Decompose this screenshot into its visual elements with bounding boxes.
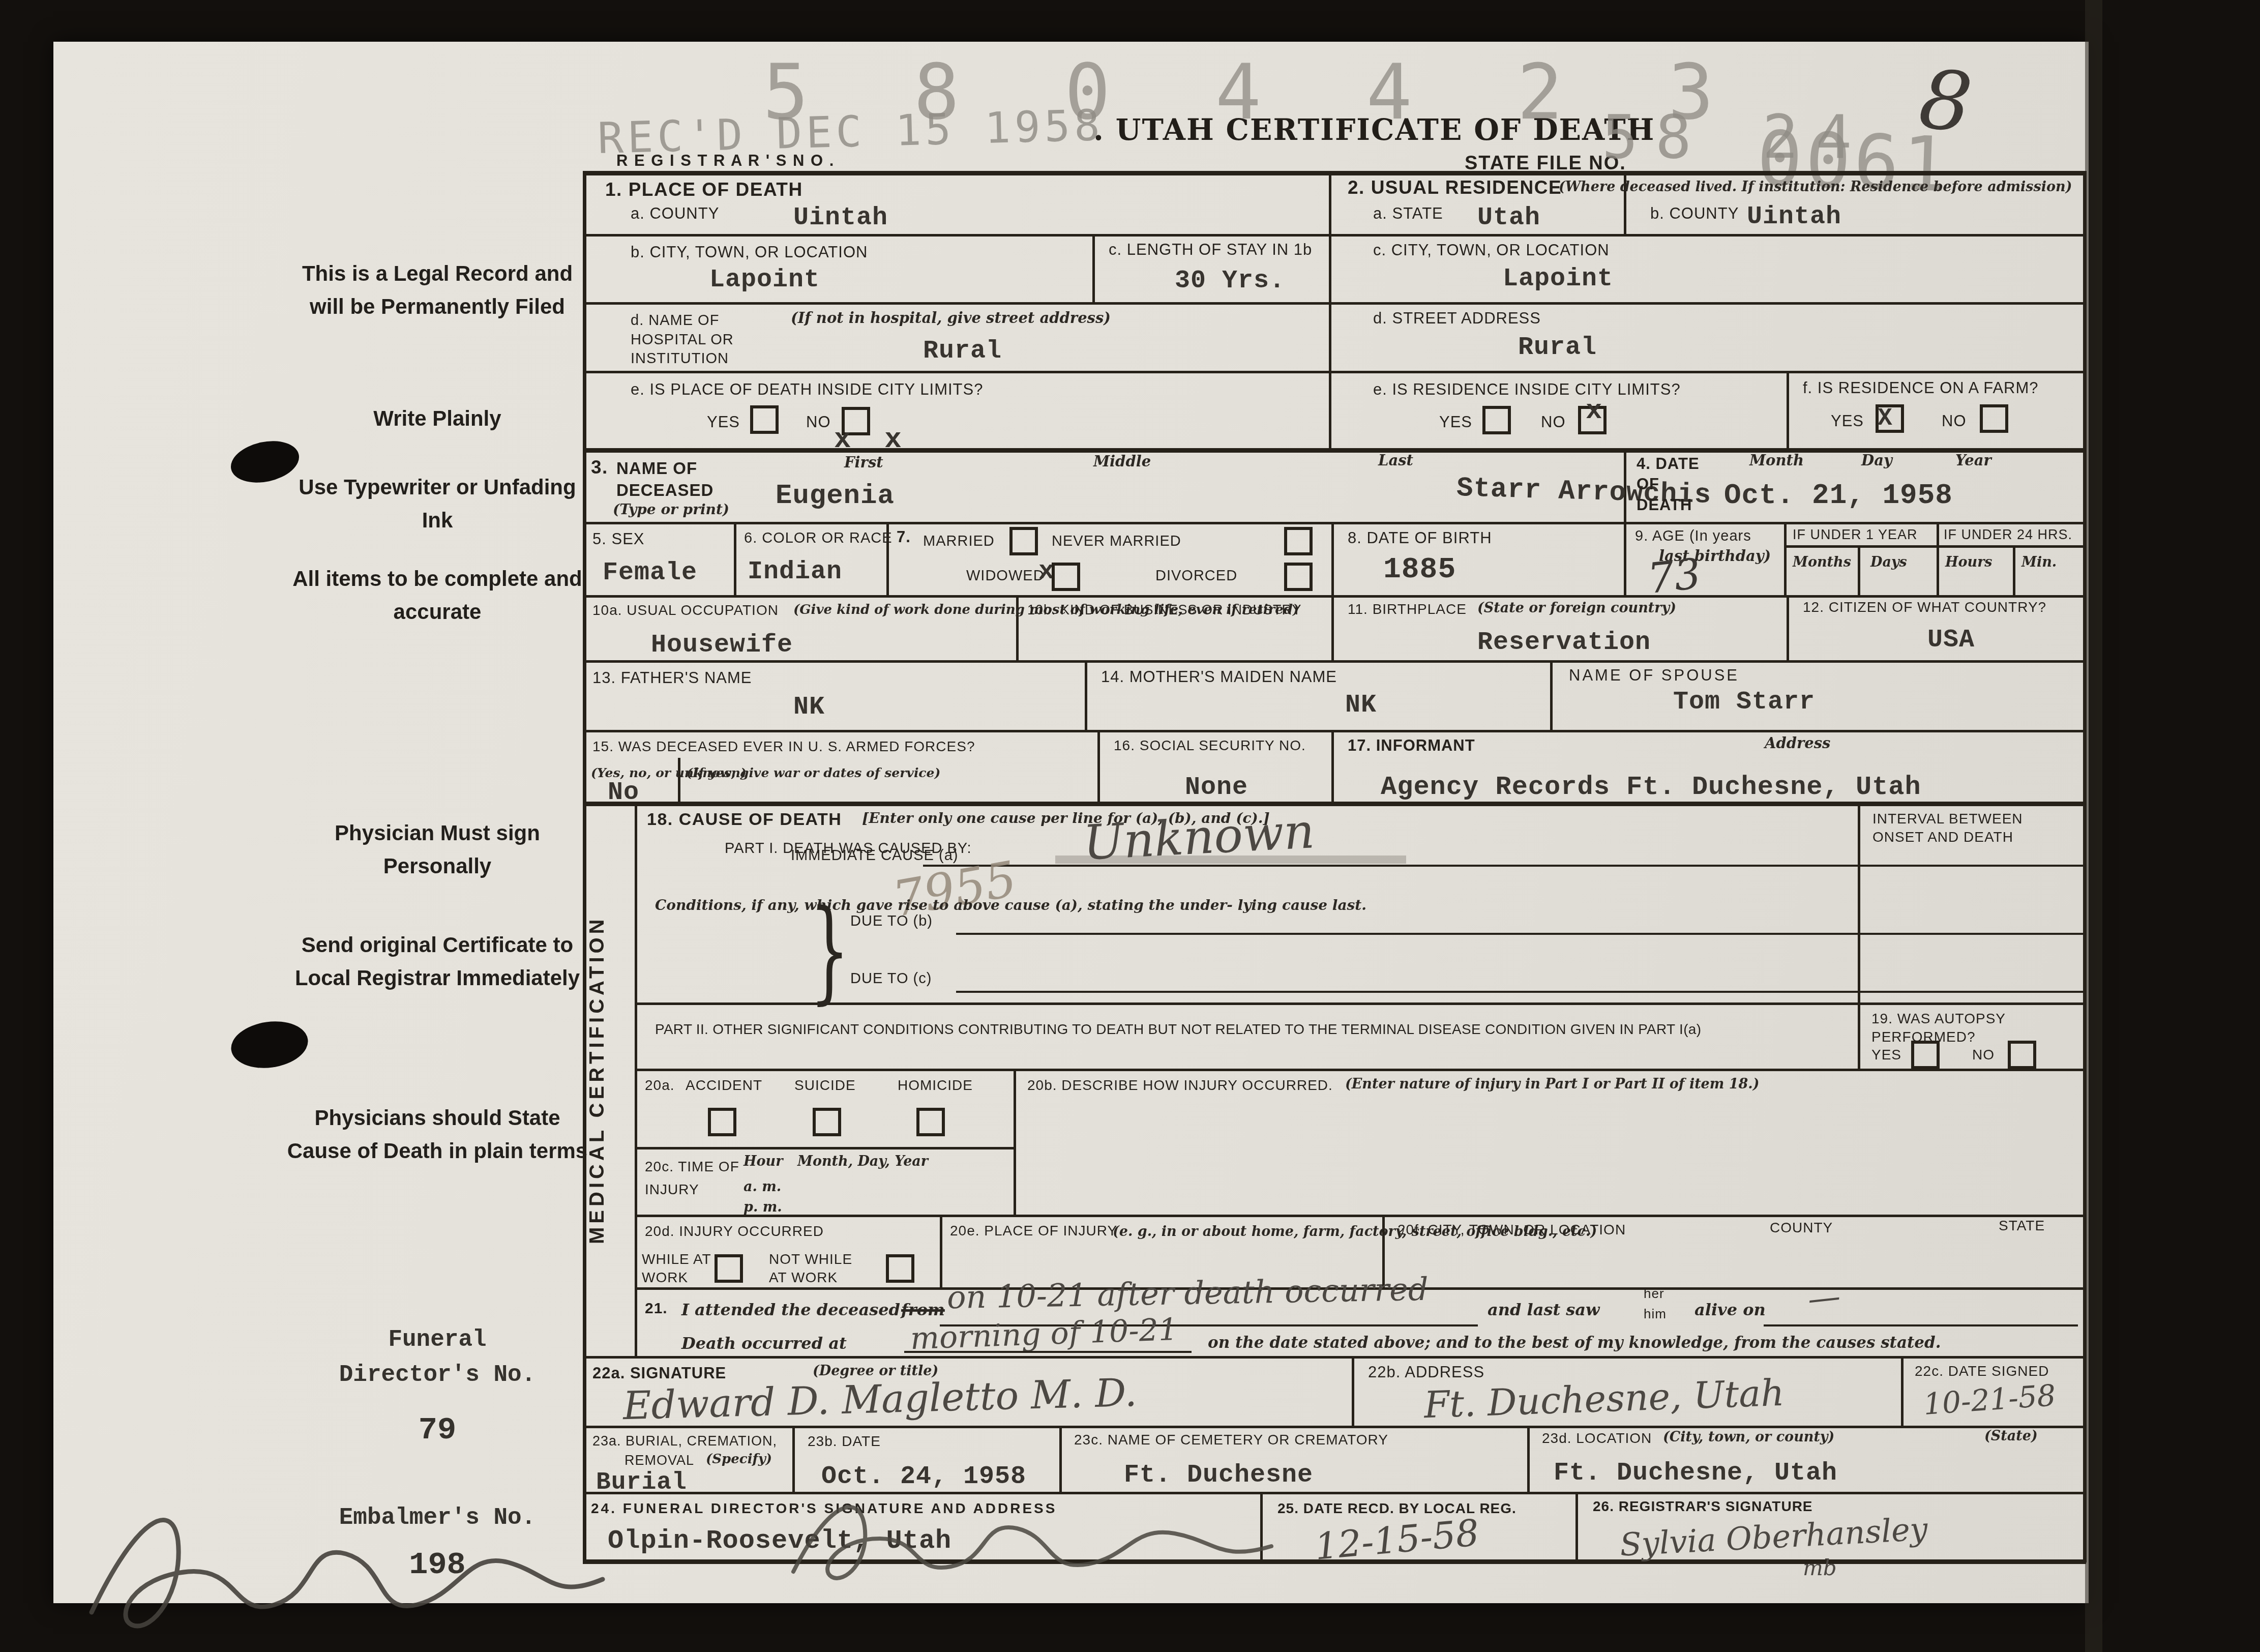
burial-location-value: Ft. Duchesne, Utah <box>1554 1459 1837 1488</box>
spouse-label: NAME OF SPOUSE <box>1569 666 1739 685</box>
margin-note-typewriter: Use Typewriter or Unfading Ink <box>285 470 590 537</box>
age-label: 9. AGE (In years <box>1635 528 1751 545</box>
burial-label-2: REMOVAL <box>625 1453 694 1468</box>
place-city-limits-yes: YES <box>707 413 740 431</box>
residence-state-label: a. STATE <box>1373 204 1443 223</box>
informant-address-label: Address <box>1765 734 1830 752</box>
injury-pm-label: p. m. <box>744 1199 782 1215</box>
attend-hand-dash: — <box>1806 1278 1842 1318</box>
injury-state-label: STATE <box>1999 1218 2045 1234</box>
marital-divorced-checkbox <box>1284 563 1313 591</box>
citizen-value: USA <box>1927 626 1975 655</box>
attend-her-label: her <box>1644 1286 1664 1302</box>
residence-farm-yes: YES <box>1831 412 1864 430</box>
informant-value: Agency Records Ft. Duchesne, Utah <box>1381 772 1921 802</box>
marital-married-label: MARRIED <box>923 533 995 550</box>
not-while-at-work-checkbox <box>886 1254 914 1283</box>
place-county-label: a. COUNTY <box>631 204 719 223</box>
residence-farm-no: NO <box>1942 412 1967 430</box>
sex-label: 5. SEX <box>592 530 645 548</box>
interval-label: INTERVAL BETWEEN ONSET AND DEATH <box>1872 810 2023 847</box>
hospital-name-value: Rural <box>923 337 1002 366</box>
margin-note-send-original: Send original Certificate to Local Regis… <box>285 928 590 994</box>
residence-city-limits-label: e. IS RESIDENCE INSIDE CITY LIMITS? <box>1373 380 1681 399</box>
birthplace-label: 11. BIRTHPLACE <box>1348 601 1467 617</box>
date-of-death-label: 4. DATE OF DEATH <box>1637 454 1700 515</box>
residence-city-limits-yes-checkbox <box>1482 406 1511 434</box>
while-at-work-label: WHILE AT WORK <box>642 1250 711 1287</box>
age-min-label: Min. <box>2021 554 2057 570</box>
name-last-label: Last <box>1378 452 1413 469</box>
attend-text-1: I attended the deceased <box>681 1300 900 1319</box>
accident-checkbox <box>708 1108 736 1136</box>
date-received-label: 25. DATE RECD. BY LOCAL REG. <box>1277 1500 1516 1517</box>
attend-text-3: alive on <box>1694 1300 1766 1319</box>
residence-state-value: Utah <box>1477 203 1540 232</box>
marital-num: 7. <box>897 528 911 546</box>
date-of-death-day-label: Day <box>1861 452 1892 469</box>
accident-label: ACCIDENT <box>686 1077 762 1094</box>
attend-struck-from: from <box>901 1300 945 1319</box>
cemetery-value: Ft. Duchesne <box>1124 1461 1313 1490</box>
residence-county-label: b. COUNTY <box>1650 204 1739 223</box>
age-value: 73 <box>1645 550 1703 603</box>
name-of-deceased-num: 3. <box>591 457 608 478</box>
usual-residence-title: 2. USUAL RESIDENCE <box>1348 177 1562 198</box>
occupation-label: 10a. USUAL OCCUPATION <box>592 602 779 618</box>
armed-forces-label: 15. WAS DECEASED EVER IN U. S. ARMED FOR… <box>592 739 975 755</box>
residence-farm-mark: X <box>1878 405 1893 432</box>
date-signed-label: 22c. DATE SIGNED <box>1915 1363 2049 1379</box>
length-of-stay-value: 30 Yrs. <box>1175 267 1285 296</box>
occupation-value: Housewife <box>651 631 793 660</box>
date-of-death-month-label: Month <box>1749 452 1804 469</box>
mother-name-value: NK <box>1345 691 1377 720</box>
margin-funeral-director-signature <box>76 1495 610 1638</box>
certificate-title: . UTAH CERTIFICATE OF DEATH <box>1093 113 1655 147</box>
age-months-label: Months <box>1793 554 1851 570</box>
place-county-value: Uintah <box>793 203 888 232</box>
marital-never-label: NEVER MARRIED <box>1052 533 1181 550</box>
registrars-no-label: R E G I S T R A R ' S N O . <box>616 152 835 170</box>
father-name-label: 13. FATHER'S NAME <box>592 669 752 687</box>
injury-hour-label: Hour <box>744 1154 783 1169</box>
name-of-deceased-label: NAME OF DECEASED <box>616 458 713 501</box>
residence-city-limits-no: NO <box>1541 413 1566 431</box>
burial-location-note: (City, town, or county) <box>1663 1429 1834 1445</box>
cause-of-death-label: 18. CAUSE OF DEATH <box>647 810 842 830</box>
autopsy-yes: YES <box>1871 1047 1901 1063</box>
due-to-c-label: DUE TO (c) <box>850 970 932 987</box>
residence-city-value: Lapoint <box>1503 264 1613 293</box>
residence-farm-label: f. IS RESIDENCE ON A FARM? <box>1803 379 2039 397</box>
medical-certification-band: MEDICAL CERTIFICATION <box>586 805 635 1355</box>
burial-location-label: 23d. LOCATION <box>1542 1430 1652 1447</box>
place-of-death-title: 1. PLACE OF DEATH <box>605 179 803 200</box>
marital-widowed-checkbox <box>1052 563 1080 591</box>
injury-city-label: 20f. CITY, TOWN, OR LOCATION <box>1397 1222 1626 1238</box>
ssn-value: None <box>1185 773 1248 802</box>
injury-occurred-label: 20d. INJURY OCCURRED <box>645 1223 824 1240</box>
residence-city-limits-mark: x <box>1586 396 1602 427</box>
describe-injury-label: 20b. DESCRIBE HOW INJURY OCCURRED. <box>1027 1077 1333 1094</box>
funeral-directors-no-label: Funeral Director's No. <box>285 1322 590 1393</box>
sex-value: Female <box>603 558 697 587</box>
length-of-stay-label: c. LENGTH OF STAY IN 1b <box>1109 241 1312 259</box>
father-name-value: NK <box>793 693 825 722</box>
margin-note-write-plainly: Write Plainly <box>285 402 590 435</box>
time-of-injury-label: 20c. TIME OF INJURY <box>645 1156 739 1201</box>
place-city-label: b. CITY, TOWN, OR LOCATION <box>631 243 868 261</box>
name-first-label: First <box>844 454 883 471</box>
age-days-label: Days <box>1870 554 1907 570</box>
burial-value: Burial <box>596 1469 687 1496</box>
race-label: 6. COLOR OR RACE <box>744 530 893 547</box>
autopsy-no: NO <box>1972 1047 1995 1063</box>
attend-text-2: and last saw <box>1488 1300 1600 1319</box>
place-city-limits-label: e. IS PLACE OF DEATH INSIDE CITY LIMITS? <box>631 380 983 399</box>
residence-county-value: Uintah <box>1747 202 1841 231</box>
death-certificate-scan: REC'D DEC 15 1958 5 8 0 4 4 2 3 R E G I … <box>0 0 2260 1652</box>
spouse-value: Tom Starr <box>1673 688 1815 717</box>
funeral-directors-no-value: 79 <box>285 1406 590 1454</box>
homicide-checkbox <box>916 1108 945 1136</box>
suicide-checkbox <box>813 1108 841 1136</box>
physician-address-label: 22b. ADDRESS <box>1368 1363 1484 1381</box>
armed-forces-value: No <box>608 778 639 807</box>
margin-note-plain-terms: Physicians should State Cause of Death i… <box>285 1101 590 1167</box>
scan-edge-shadow <box>2085 0 2102 1652</box>
street-address-label: d. STREET ADDRESS <box>1373 309 1541 328</box>
race-value: Indian <box>748 557 842 586</box>
registrar-signature-label: 26. REGISTRAR'S SIGNATURE <box>1593 1498 1813 1515</box>
autopsy-no-checkbox <box>2008 1041 2036 1069</box>
cemetery-label: 23c. NAME OF CEMETERY OR CREMATORY <box>1074 1432 1388 1448</box>
margin-note-legal-record: This is a Legal Record and will be Perma… <box>285 257 590 323</box>
marital-divorced-label: DIVORCED <box>1155 568 1237 584</box>
autopsy-yes-checkbox <box>1911 1041 1940 1069</box>
hospital-name-note: (If not in hospital, give street address… <box>791 309 1111 327</box>
funeral-director-signature <box>783 1490 1282 1587</box>
part2-label: PART II. OTHER SIGNIFICANT CONDITIONS CO… <box>655 1021 1701 1038</box>
name-of-deceased-note: (Type or print) <box>613 501 729 518</box>
place-city-limits-marks: x x <box>834 423 910 456</box>
conditions-brace: } <box>810 886 850 1015</box>
residence-city-label: c. CITY, TOWN, OR LOCATION <box>1373 241 1610 259</box>
date-of-death-value: Oct. 21, 1958 <box>1724 479 1953 512</box>
suicide-label: SUICIDE <box>794 1077 856 1094</box>
hospital-name-label: d. NAME OF HOSPITAL OR INSTITUTION <box>631 311 734 369</box>
injury-am-label: a. m. <box>744 1179 781 1195</box>
marital-widowed-label: WIDOWED <box>966 568 1045 584</box>
mother-name-label: 14. MOTHER'S MAIDEN NAME <box>1101 668 1337 686</box>
injury-mdy-label: Month, Day, Year <box>797 1154 928 1169</box>
informant-label: 17. INFORMANT <box>1348 736 1475 755</box>
registrar-signature-initials: mb <box>1803 1555 1837 1580</box>
not-while-at-work-label: NOT WHILE AT WORK <box>769 1250 852 1287</box>
armed-forces-note2: (If yes, give war or dates of service) <box>687 765 940 780</box>
while-at-work-checkbox <box>715 1254 743 1283</box>
place-city-value: Lapoint <box>709 265 820 294</box>
state-file-handwritten-8: 8 <box>1915 51 1977 151</box>
date-of-birth-value: 1885 <box>1383 553 1456 586</box>
date-of-death-year-label: Year <box>1955 452 1991 469</box>
immediate-cause-label: IMMEDIATE CAUSE (a) <box>791 847 958 864</box>
birthplace-note: (State or foreign country) <box>1477 600 1676 616</box>
under-1-year-label: IF UNDER 1 YEAR <box>1793 527 1918 543</box>
conditions-note: Conditions, if any, which gave rise to a… <box>655 895 1366 916</box>
street-address-value: Rural <box>1518 333 1597 362</box>
industry-label: 10b. KIND OF BUSINESS OR INDUSTRY <box>1027 602 1302 618</box>
burial-label: 23a. BURIAL, CREMATION, <box>592 1433 777 1449</box>
place-city-limits-no: NO <box>806 413 831 431</box>
name-middle-label: Middle <box>1093 453 1151 470</box>
burial-specify-note: (Specify) <box>706 1452 772 1467</box>
residence-farm-no-checkbox <box>1980 404 2008 433</box>
name-first-value: Eugenia <box>776 481 895 512</box>
under-24-hrs-label: IF UNDER 24 HRS. <box>1944 527 2072 543</box>
accident-row-num: 20a. <box>645 1077 675 1094</box>
margin-note-physician-sign: Physician Must sign Personally <box>285 816 590 882</box>
attend-text-4: Death occurred at <box>681 1334 847 1353</box>
attend-num: 21. <box>645 1300 668 1317</box>
attend-text-5: on the date stated above; and to the bes… <box>1208 1334 1941 1352</box>
attend-him-label: him <box>1644 1306 1667 1322</box>
place-city-limits-yes-checkbox <box>750 405 779 434</box>
homicide-label: HOMICIDE <box>898 1077 973 1094</box>
burial-date-label: 23b. DATE <box>808 1433 881 1450</box>
burial-date-value: Oct. 24, 1958 <box>821 1462 1026 1491</box>
injury-county-label: COUNTY <box>1770 1220 1833 1236</box>
due-to-b-label: DUE TO (b) <box>850 913 933 930</box>
margin-note-complete-accurate: All items to be complete and accurate <box>285 562 590 628</box>
ssn-label: 16. SOCIAL SECURITY NO. <box>1114 737 1306 754</box>
birthplace-value: Reservation <box>1477 628 1651 657</box>
marital-married-checkbox <box>1009 527 1038 555</box>
usual-residence-note: (Where deceased lived. If institution: R… <box>1559 179 2072 195</box>
age-hours-label: Hours <box>1945 554 1993 570</box>
physician-signature-label: 22a. SIGNATURE <box>592 1364 726 1382</box>
date-of-birth-label: 8. DATE OF BIRTH <box>1348 529 1492 547</box>
residence-city-limits-yes: YES <box>1439 413 1472 431</box>
describe-injury-note: (Enter nature of injury in Part I or Par… <box>1345 1076 1760 1092</box>
citizen-label: 12. CITIZEN OF WHAT COUNTRY? <box>1803 599 2046 615</box>
marital-never-checkbox <box>1284 527 1313 555</box>
place-of-injury-label: 20e. PLACE OF INJURY <box>950 1223 1117 1239</box>
burial-location-state-note: (State) <box>1984 1428 2038 1444</box>
